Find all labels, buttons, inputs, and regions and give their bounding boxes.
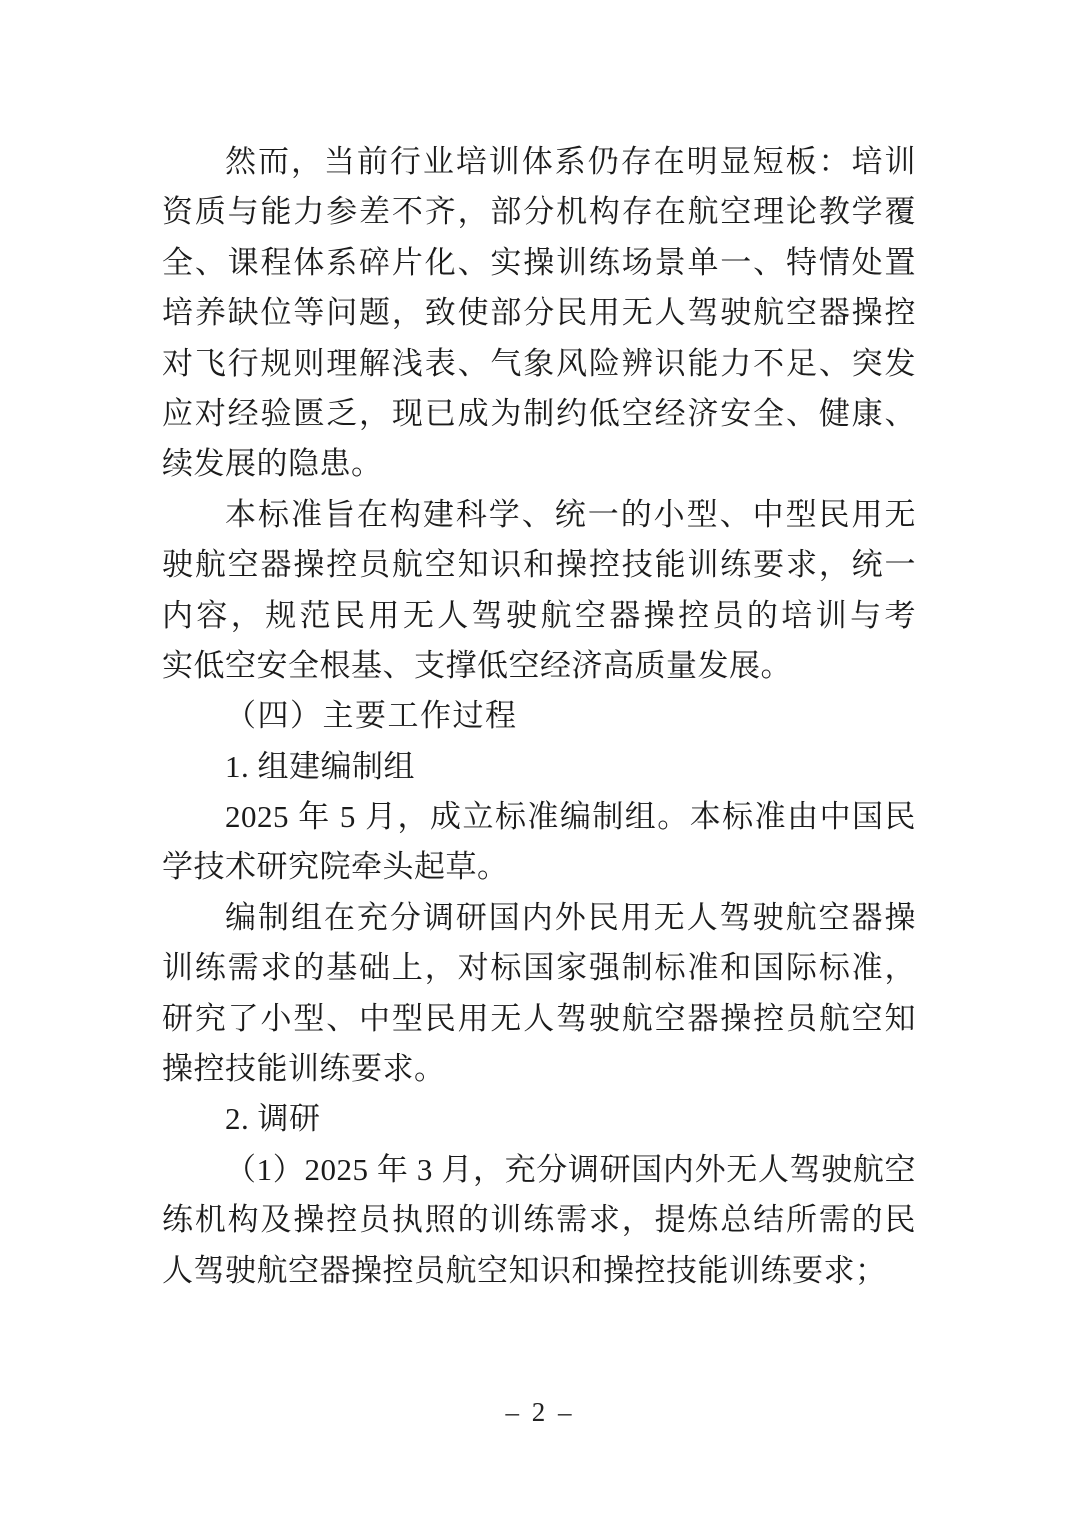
section-heading: （四）主要工作过程 — [162, 691, 916, 741]
section-heading-text: （四）主要工作过程 — [162, 691, 916, 741]
paragraph: 编制组在充分调研国内外民用无人驾驶航空器操控员 训练需求的基础上，对标国家强制标… — [162, 893, 916, 1095]
text-line: 培养缺位等问题，致使部分民用无人驾驶航空器操控员人 — [162, 288, 916, 338]
text-line: 练机构及操控员执照的训练需求，提炼总结所需的民用无 — [162, 1195, 916, 1245]
document-body: 然而，当前行业培训体系仍存在明显短板：培训机构 资质与能力参差不齐，部分机构存在… — [162, 137, 916, 1296]
page-number: – 2 – — [0, 1392, 1080, 1432]
text-line: 学技术研究院牵头起草。 — [162, 842, 916, 892]
text-line: （1）2025 年 3 月，充分调研国内外无人驾驶航空器训 — [162, 1145, 916, 1195]
text-line: 人驾驶航空器操控员航空知识和操控技能训练要求； — [162, 1246, 916, 1296]
paragraph: 本标准旨在构建科学、统一的小型、中型民用无人驾 驶航空器操控员航空知识和操控技能… — [162, 490, 916, 692]
text-line: 实低空安全根基、支撑低空经济高质量发展。 — [162, 641, 916, 691]
text-line: 训练需求的基础上，对标国家强制标准和国际标准，共同 — [162, 943, 916, 993]
text-line: 驶航空器操控员航空知识和操控技能训练要求，统一训练 — [162, 540, 916, 590]
numbered-heading: 1. 组建编制组 — [162, 742, 916, 792]
text-line: 本标准旨在构建科学、统一的小型、中型民用无人驾 — [162, 490, 916, 540]
text-line: 2025 年 5 月，成立标准编制组。本标准由中国民航科 — [162, 792, 916, 842]
text-line: 对飞行规则理解浅表、气象风险辨识能力不足、突发状况 — [162, 339, 916, 389]
numbered-heading: 2. 调研 — [162, 1094, 916, 1144]
text-line: 编制组在充分调研国内外民用无人驾驶航空器操控员 — [162, 893, 916, 943]
numbered-heading-text: 2. 调研 — [162, 1094, 916, 1144]
numbered-heading-text: 1. 组建编制组 — [162, 742, 916, 792]
paragraph: 然而，当前行业培训体系仍存在明显短板：培训机构 资质与能力参差不齐，部分机构存在… — [162, 137, 916, 490]
text-line: 续发展的隐患。 — [162, 439, 916, 489]
text-line: 操控技能训练要求。 — [162, 1044, 916, 1094]
text-line: 然而，当前行业培训体系仍存在明显短板：培训机构 — [162, 137, 916, 187]
paragraph: 2025 年 5 月，成立标准编制组。本标准由中国民航科 学技术研究院牵头起草。 — [162, 792, 916, 893]
paragraph: （1）2025 年 3 月，充分调研国内外无人驾驶航空器训 练机构及操控员执照的… — [162, 1145, 916, 1296]
document-page: 然而，当前行业培训体系仍存在明显短板：培训机构 资质与能力参差不齐，部分机构存在… — [0, 0, 1080, 1527]
text-line: 内容，规范民用无人驾驶航空器操控员的培训与考核，夯 — [162, 591, 916, 641]
text-line: 全、课程体系碎片化、实操训练场景单一、特情处置能力 — [162, 238, 916, 288]
text-line: 研究了小型、中型民用无人驾驶航空器操控员航空知识和 — [162, 994, 916, 1044]
text-line: 资质与能力参差不齐，部分机构存在航空理论教学覆盖不 — [162, 187, 916, 237]
text-line: 应对经验匮乏，现已成为制约低空经济安全、健康、可持 — [162, 389, 916, 439]
